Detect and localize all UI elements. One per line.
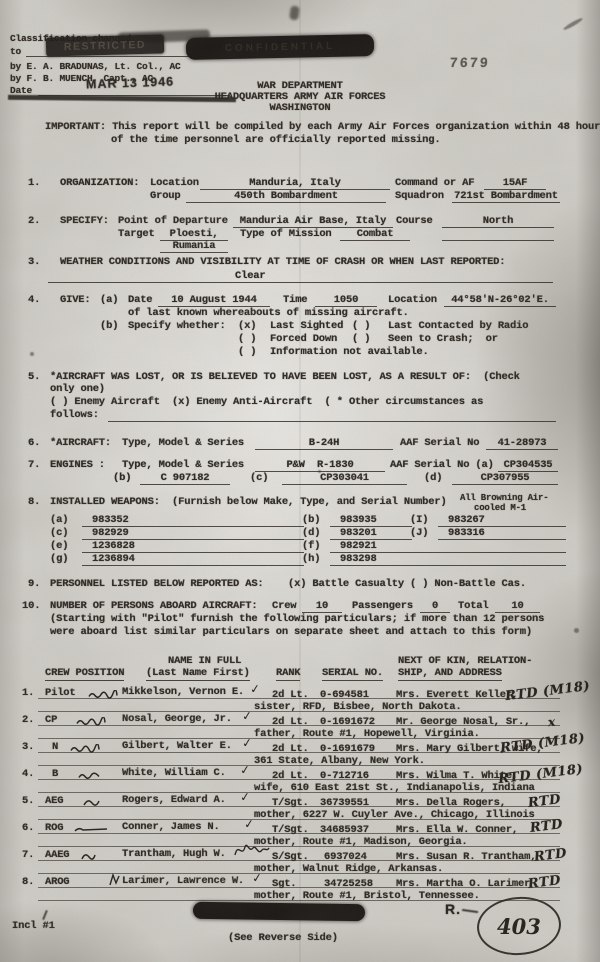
col-nok-line1: NEXT OF KIN, RELATION- bbox=[398, 655, 532, 667]
departure-value: Manduria Air Base, Italy bbox=[233, 215, 393, 228]
next-of-kin-line1: Mrs. Susan R. Trantham, bbox=[396, 851, 536, 863]
crew-serial: 0-1691679 bbox=[320, 743, 375, 755]
row-number: 6. bbox=[22, 822, 34, 834]
next-of-kin-line1: Mr. George Nosal, Sr., bbox=[396, 716, 530, 728]
weapon-i-serial: 983267 bbox=[438, 514, 566, 527]
time-value: 1050 bbox=[315, 294, 377, 307]
weapon-j-label: (J) bbox=[410, 527, 428, 539]
target-value-line2: Rumania bbox=[160, 240, 228, 253]
next-of-kin-line1: Mrs. Della Rogers, bbox=[396, 797, 506, 809]
weapon-d-serial: 983201 bbox=[330, 527, 412, 540]
specify-whether-label: Specify whether: bbox=[128, 320, 226, 332]
doc-number-stamp: 7679 bbox=[449, 55, 490, 70]
crew-name: Larimer, Lawrence W. bbox=[122, 875, 244, 887]
type-model-label: Type, Model & Series bbox=[122, 437, 244, 449]
mission-label: Type of Mission bbox=[240, 228, 332, 240]
engine-type-value: P&W R-1830 bbox=[255, 459, 385, 472]
crew-rank: 2d Lt. bbox=[272, 716, 309, 728]
weapon-b-label: (b) bbox=[302, 514, 320, 526]
crew-name: Trantham, Hugh W. bbox=[122, 848, 226, 860]
inclosure-label: Incl #1 bbox=[12, 920, 55, 932]
row-number: 5. bbox=[22, 795, 34, 807]
weapon-g-serial: 1236894 bbox=[82, 553, 304, 566]
give-a-tail: of last known whereabouts of missing air… bbox=[128, 307, 409, 319]
pen-stroke bbox=[462, 909, 478, 913]
col-nok-line2: SHIP, AND ADDRESS bbox=[398, 667, 502, 681]
col-name-line2: (Last Name First) bbox=[146, 667, 250, 681]
rule-line bbox=[38, 765, 560, 766]
serial-b-label: (b) bbox=[113, 472, 131, 484]
crew-rank: S/Sgt. bbox=[272, 851, 309, 863]
next-of-kin-line1: Mrs. Martha O. Larimer bbox=[396, 878, 530, 890]
handwritten-dash-icon bbox=[74, 826, 108, 833]
macr-scanned-form-page: Classification changed to RESTRICTED by … bbox=[0, 0, 600, 962]
weapon-h-label: (h) bbox=[302, 553, 320, 565]
engine-serial-d: CP307955 bbox=[452, 472, 558, 485]
rule-line bbox=[38, 738, 560, 739]
serial-c-label: (c) bbox=[250, 472, 268, 484]
forced-down-label: Forced Down bbox=[270, 333, 337, 345]
checkmark-icon: ✓ bbox=[241, 736, 252, 751]
engine-serial-a: CP304535 bbox=[498, 459, 558, 472]
crew-name: White, William C. bbox=[122, 767, 226, 779]
weapon-c-label: (c) bbox=[50, 527, 68, 539]
crew-name: Conner, James N. bbox=[122, 821, 220, 833]
crew-label: Crew bbox=[272, 600, 296, 612]
crew-row-4: 4. B White, William C. ✓ 2d Lt. 0-712716… bbox=[0, 767, 600, 794]
item-number: 9. bbox=[28, 578, 40, 590]
departure-label: Point of Departure bbox=[118, 215, 228, 227]
important-notice: IMPORTANT: This report will be compiled … bbox=[45, 121, 600, 147]
crew-row-6: 6. ROG Conner, James N. ✓ T/Sgt. 3468593… bbox=[0, 821, 600, 848]
see-reverse-note: (See Reverse Side) bbox=[228, 932, 338, 944]
engine-serial-b: C 907182 bbox=[140, 472, 230, 485]
crew-row-7: 7. AAEG Trantham, Hugh W. S/Sgt. 6937024… bbox=[0, 848, 600, 875]
radio-label: Last Contacted by Radio bbox=[388, 320, 528, 332]
weapon-i-label: (I) bbox=[410, 514, 428, 526]
to-label: to bbox=[10, 46, 21, 57]
item-number: 7. bbox=[28, 459, 40, 471]
handwritten-rtd-annotation: RTD bbox=[527, 792, 562, 811]
circled-number-value: 403 bbox=[497, 914, 541, 939]
weapon-a-serial: 983352 bbox=[82, 514, 304, 527]
handwritten-mark-icon bbox=[108, 873, 120, 887]
time-label: Time bbox=[283, 294, 307, 306]
checkbox-info-na: ( ) bbox=[238, 346, 256, 358]
handwritten-rtd-annotation: RTD (M18) bbox=[504, 679, 591, 704]
item-number: 8. bbox=[28, 496, 40, 508]
weapons-note-line1: All Browning Air- bbox=[460, 493, 548, 503]
persons-aboard-label: NUMBER OF PERSONS ABOARD AIRCRAFT: bbox=[50, 600, 257, 612]
passengers-label: Passengers bbox=[352, 600, 413, 612]
checkmark-icon: ✓ bbox=[239, 763, 250, 778]
rule-line bbox=[38, 887, 560, 888]
row-number: 3. bbox=[22, 741, 34, 753]
follows-label: follows: bbox=[50, 409, 99, 421]
crew-serial: 34685937 bbox=[320, 824, 369, 836]
rule-line bbox=[108, 409, 556, 422]
checkbox-radio: ( ) bbox=[352, 320, 370, 332]
engine-serial-c: CP303041 bbox=[282, 472, 407, 485]
col-serial-no: SERIAL NO. bbox=[322, 667, 383, 681]
checkbox-seen-crash: ( ) bbox=[352, 333, 370, 345]
specify-label: SPECIFY: bbox=[60, 215, 109, 227]
rule-line bbox=[38, 833, 560, 834]
restricted-stamp: RESTRICTED bbox=[46, 34, 164, 56]
item-number: 2. bbox=[28, 215, 40, 227]
crew-name: Rogers, Edward A. bbox=[122, 794, 226, 806]
next-of-kin-line1: Mrs. Everett Keller, bbox=[396, 689, 518, 701]
rule-line bbox=[38, 779, 560, 780]
r-stamp: R. bbox=[445, 901, 461, 917]
ink-speck bbox=[30, 352, 34, 356]
handwritten-scribble-icon bbox=[232, 840, 270, 860]
crew-row-3: 3. N Gilbert, Walter E. ✓ 2d Lt. 0-16916… bbox=[0, 740, 600, 767]
give-label: GIVE: bbox=[60, 294, 91, 306]
serial-d-label: (d) bbox=[424, 472, 442, 484]
row-number: 4. bbox=[22, 768, 34, 780]
weapon-a-label: (a) bbox=[50, 514, 68, 526]
weapon-c-serial: 982929 bbox=[82, 527, 304, 540]
rule-line bbox=[48, 270, 553, 283]
crew-name: Mikkelson, Vernon E. bbox=[122, 686, 244, 698]
weapon-f-serial: 982921 bbox=[330, 540, 566, 553]
circled-number: 403 bbox=[475, 894, 563, 958]
coordinates-value: 44°58'N-26°02'E. bbox=[444, 294, 556, 307]
crew-rank: Sgt. bbox=[272, 878, 296, 890]
group-value: 450th Bombardment bbox=[186, 190, 386, 203]
item-number: 5. bbox=[28, 371, 40, 383]
row-number: 7. bbox=[22, 849, 34, 861]
weapon-h-serial: 983298 bbox=[330, 553, 566, 566]
weapons-label: INSTALLED WEAPONS: bbox=[50, 496, 160, 508]
squadron-value: 721st Bombardment bbox=[452, 190, 560, 203]
crew-row-5: 5. AEG Rogers, Edward A. ✓ T/Sgt. 367395… bbox=[0, 794, 600, 821]
crew-serial: 0-712716 bbox=[320, 770, 369, 782]
weapon-f-label: (f) bbox=[302, 540, 320, 552]
crew-serial: 6937024 bbox=[324, 851, 367, 863]
squadron-label: Squadron bbox=[395, 190, 444, 202]
rule-line bbox=[38, 792, 560, 793]
item-number: 3. bbox=[28, 256, 40, 268]
aaf-serial-label: AAF Serial No bbox=[400, 437, 479, 449]
row-number: 1. bbox=[22, 687, 34, 699]
info-na-label: Information not available. bbox=[270, 346, 429, 358]
rule-line bbox=[38, 725, 560, 726]
pen-tick bbox=[42, 910, 48, 920]
crew-rank: T/Sgt. bbox=[272, 797, 309, 809]
redacted-confidential-stamp: CONFIDENTIAL bbox=[186, 34, 374, 60]
crew-rank: 2d Lt. bbox=[272, 743, 309, 755]
crew-row-1: 1. Pilot Mikkelson, Vernon E. ✓ 2d Lt. 0… bbox=[0, 686, 600, 713]
sub-a-label: (a) bbox=[100, 294, 118, 306]
aircraft-type-value: B-24H bbox=[255, 437, 393, 450]
ink-speck bbox=[562, 17, 583, 31]
crew-serial: 0-1691672 bbox=[320, 716, 375, 728]
checkbox-last-sighted: (x) bbox=[238, 320, 256, 332]
engines-label: ENGINES : bbox=[50, 459, 105, 471]
course-label: Course bbox=[396, 215, 433, 227]
checkmark-icon: ✓ bbox=[241, 709, 252, 724]
ink-speck bbox=[574, 628, 579, 633]
checkmark-icon: ✓ bbox=[251, 871, 262, 886]
location-value: Manduria, Italy bbox=[200, 177, 390, 190]
weapon-d-label: (d) bbox=[302, 527, 320, 539]
total-label: Total bbox=[458, 600, 489, 612]
checkbox-forced-down: ( ) bbox=[238, 333, 256, 345]
weather-label: WEATHER CONDITIONS AND VISIBILITY AT TIM… bbox=[60, 256, 505, 268]
rule-line bbox=[38, 698, 560, 699]
crew-rank: 2d Lt. bbox=[272, 689, 309, 701]
handwritten-rtd-annotation: RTD bbox=[533, 846, 568, 865]
changed-by-line-1: by E. A. BRADUNAS, Lt. Col., AC bbox=[10, 61, 181, 72]
command-value: 15AF bbox=[484, 177, 546, 190]
location-label: Location bbox=[150, 177, 199, 189]
crew-rank: T/Sgt. bbox=[272, 824, 309, 836]
checkmark-icon: ✓ bbox=[239, 790, 250, 805]
persons-aboard-note: (Starting with "Pilot" furnish the follo… bbox=[50, 613, 545, 639]
group-label: Group bbox=[150, 190, 181, 202]
item-number: 10. bbox=[22, 600, 40, 612]
item-number: 1. bbox=[28, 177, 40, 189]
last-sighted-label: Last Sighted bbox=[270, 320, 343, 332]
weapon-g-label: (g) bbox=[50, 553, 68, 565]
date-label: Date bbox=[128, 294, 152, 306]
lost-cause-line2: only one) bbox=[50, 383, 105, 395]
weapon-e-label: (e) bbox=[50, 540, 68, 552]
weapons-note-line2: cooled M-1 bbox=[474, 503, 526, 513]
weapon-b-serial: 983935 bbox=[330, 514, 412, 527]
crew-row-2: 2. CP Nosal, George, Jr. ✓ 2d Lt. 0-1691… bbox=[0, 713, 600, 740]
type-model-label: Type, Model & Series bbox=[122, 459, 244, 471]
weapon-j-serial: 983316 bbox=[438, 527, 566, 540]
important-text: This report will be compiled by each Arm… bbox=[111, 121, 600, 146]
aircraft-label: *AIRCRAFT: bbox=[50, 437, 111, 449]
command-label: Command or AF bbox=[395, 177, 474, 189]
sub-b-label: (b) bbox=[100, 320, 118, 332]
row-number: 8. bbox=[22, 876, 34, 888]
crew-name: Nosal, George, Jr. bbox=[122, 713, 232, 725]
crew-serial: 0-694581 bbox=[320, 689, 369, 701]
row-number: 2. bbox=[22, 714, 34, 726]
col-name-line1: NAME IN FULL bbox=[168, 655, 241, 667]
checkmark-icon: ✓ bbox=[249, 682, 260, 697]
rule-line bbox=[38, 711, 560, 712]
crew-serial: 34725258 bbox=[324, 878, 373, 890]
seen-crash-label: Seen to Crash; or bbox=[388, 333, 498, 345]
location-label: Location bbox=[388, 294, 437, 306]
rule-line bbox=[38, 752, 560, 753]
col-crew-position: CREW POSITION bbox=[45, 667, 124, 681]
handwritten-rtd-annotation: RTD bbox=[527, 873, 562, 892]
weather-value: Clear bbox=[235, 270, 266, 282]
weapons-sub-label: (Furnish below Make, Type, and Serial Nu… bbox=[172, 496, 447, 508]
letterhead-city: WASHINGTON bbox=[150, 102, 450, 114]
item-number: 4. bbox=[28, 294, 40, 306]
checkmark-icon: ✓ bbox=[243, 817, 254, 832]
lost-cause-line1: *AIRCRAFT WAS LOST, OR IS BELIEVED TO HA… bbox=[50, 371, 520, 383]
serial-a-label: AAF Serial No (a) bbox=[390, 459, 494, 471]
handwritten-x-annotation: x bbox=[547, 715, 556, 730]
redacted-confidential-footer bbox=[193, 902, 365, 921]
rule-line bbox=[38, 806, 560, 807]
casualty-options: (x) Battle Casualty ( ) Non-Battle Cas. bbox=[288, 578, 526, 590]
crew-rank: 2d Lt. bbox=[272, 770, 309, 782]
organization-label: ORGANIZATION: bbox=[60, 177, 139, 189]
rule-line bbox=[38, 819, 560, 820]
rule-line bbox=[442, 228, 554, 241]
crew-count: 10 bbox=[302, 600, 342, 613]
col-rank: RANK bbox=[276, 667, 300, 681]
weapon-e-serial: 1236828 bbox=[82, 540, 304, 553]
date-value: 10 August 1944 bbox=[158, 294, 270, 307]
rule-line bbox=[38, 900, 560, 901]
passengers-count: 0 bbox=[420, 600, 450, 613]
total-count: 10 bbox=[495, 600, 540, 613]
target-label: Target bbox=[118, 228, 155, 240]
course-value: North bbox=[442, 215, 554, 228]
next-of-kin-line1: Mrs. Ella W. Conner, bbox=[396, 824, 518, 836]
crew-serial: 36739551 bbox=[320, 797, 369, 809]
personnel-label: PERSONNEL LISTED BELOW REPORTED AS: bbox=[50, 578, 264, 590]
important-label: IMPORTANT: bbox=[45, 121, 106, 133]
rule-line bbox=[38, 846, 560, 847]
mission-value: Combat bbox=[340, 228, 410, 241]
rule-line bbox=[38, 860, 560, 861]
aircraft-serial-value: 41-28973 bbox=[486, 437, 558, 450]
crew-name: Gilbert, Walter E. bbox=[122, 740, 232, 752]
item-number: 6. bbox=[28, 437, 40, 449]
lost-cause-options: ( ) Enemy Aircraft (x) Enemy Anti-Aircra… bbox=[50, 396, 483, 408]
